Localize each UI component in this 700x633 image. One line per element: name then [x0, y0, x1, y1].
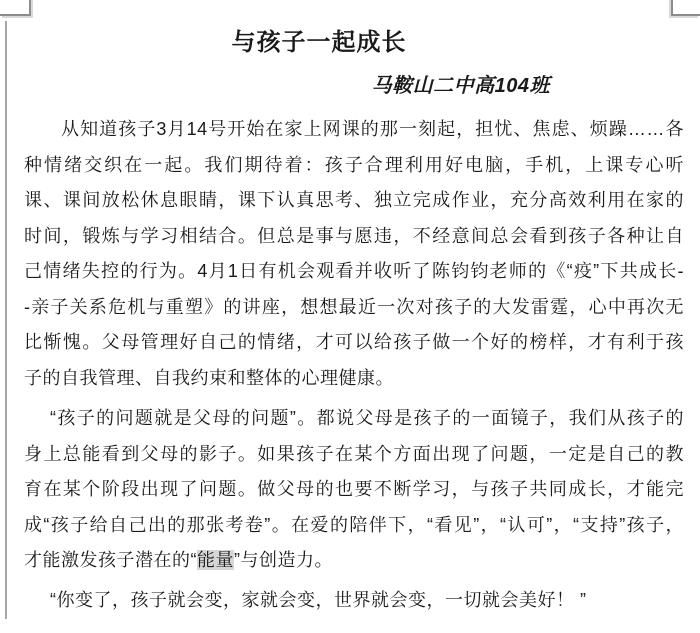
text-line: 从知道孩子3月14号开始在家上网课的那一刻起，担忧、焦虑、烦躁……各	[24, 112, 684, 148]
text-line: 成“孩子给自己出的那张考卷”。在爱的陪伴下，“看见”，“认可”，“支持”孩子，	[24, 508, 684, 544]
text-line: -亲子关系危机与重塑》的讲座，想想最近一次对孩子的大发雷霆，心中再次无	[24, 290, 684, 326]
paragraph-2: “孩子的问题就是父母的问题”。都说父母是孩子的一面镜子，我们从孩子的 身上总能看…	[24, 401, 684, 579]
text-line: “你变了，孩子就会变，家就会变，世界就会变，一切就会美好！ ”	[24, 583, 684, 619]
text-line: 时间，锻炼与学习相结合。但总是事与愿违，不经意间总会看到孩子各种让自	[24, 219, 684, 255]
text-segment: 才能激发孩子潜在的“	[24, 550, 197, 570]
text-line: 子的自我管理、自我约束和整体的心理健康。	[24, 361, 684, 397]
text-segment: ”与创造力。	[234, 550, 333, 570]
page-boundary-mark-top-left	[0, 0, 31, 16]
text-line: 才能激发孩子潜在的“能量”与创造力。	[24, 543, 684, 579]
paragraph-1: 从知道孩子3月14号开始在家上网课的那一刻起，担忧、焦虑、烦躁……各 种情绪交织…	[24, 112, 684, 396]
text-line: 种情绪交织在一起。我们期待着：孩子合理利用好电脑，手机，上课专心听	[24, 148, 684, 184]
document-body: 从知道孩子3月14号开始在家上网课的那一刻起，担忧、焦虑、烦躁……各 种情绪交织…	[0, 112, 700, 618]
text-line: 比惭愧。父母管理好自己的情绪，才可以给孩子做一个好的榜样，才有利于孩	[24, 325, 684, 361]
document-page: 与孩子一起成长 马鞍山二中高104班 从知道孩子3月14号开始在家上网课的那一刻…	[0, 0, 700, 633]
author-line: 马鞍山二中高104班	[0, 60, 700, 100]
text-line: 身上总能看到父母的影子。如果孩子在某个方面出现了问题，一定是自己的教	[24, 437, 684, 473]
text-line: 课、课间放松休息眼睛，课下认真思考、独立完成作业，充分高效利用在家的	[24, 183, 684, 219]
highlighted-term: 能量	[197, 550, 234, 570]
text-line: “孩子的问题就是父母的问题”。都说父母是孩子的一面镜子，我们从孩子的	[24, 401, 684, 437]
page-boundary-mark-top-right	[671, 0, 700, 16]
text-line: 育在某个阶段出现了问题。做父母的也要不断学习，与孩子共同成长，才能完	[24, 472, 684, 508]
page-left-border	[5, 21, 7, 619]
text-line: 己情绪失控的行为。4月1日有机会观看并收听了陈钧钧老师的《“疫”下共成长-	[24, 254, 684, 290]
document-title: 与孩子一起成长	[0, 0, 700, 60]
paragraph-3: “你变了，孩子就会变，家就会变，世界就会变，一切就会美好！ ”	[24, 583, 684, 619]
